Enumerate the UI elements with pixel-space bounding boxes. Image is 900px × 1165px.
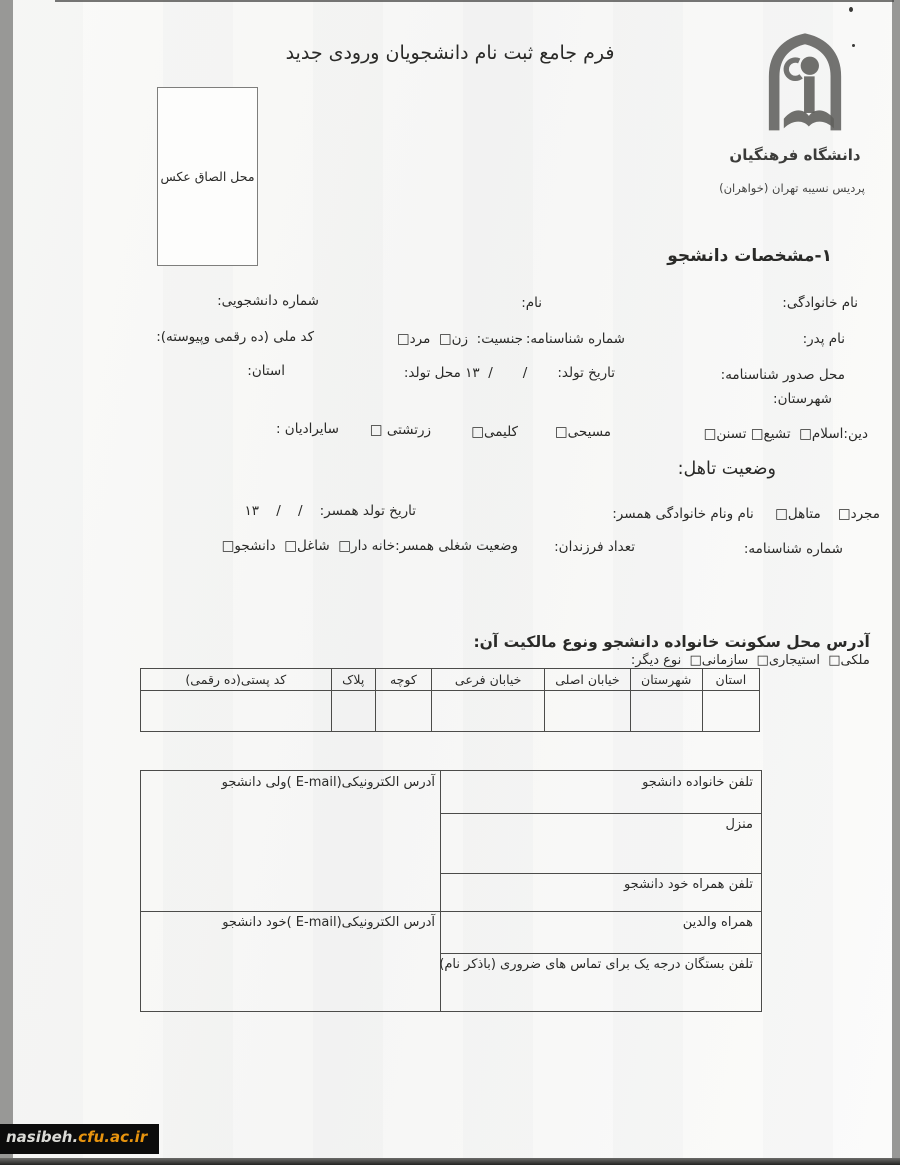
marital-header: وضعیت تاهل: [678, 459, 776, 481]
county-label: شهرستان: [773, 391, 832, 408]
cell-alley [375, 691, 431, 732]
col-province: استان [702, 669, 759, 691]
cell-main-street [545, 691, 630, 732]
col-main-street: خیابان اصلی [545, 669, 630, 691]
address-header-bold: آدرس محل سکونت خانواده دانشجو ونوع مالکی… [473, 633, 869, 651]
first-name-label: نام: [521, 295, 542, 312]
religion-zoroastrian-checkbox: زرتشتی □ [370, 422, 431, 439]
cell-side-street [431, 691, 544, 732]
site-watermark: nasibeh.cfu.ac.ir [0, 1124, 159, 1154]
photo-placeholder-box: محل الصاق عکس [157, 87, 258, 266]
contact-row-divider [141, 911, 761, 912]
marital-status-checkboxes: مجرد□ متاهل□ نام ونام خانوادگی همسر: [612, 506, 880, 523]
student-mobile-label: تلفن همراه خود دانشجو [624, 877, 753, 892]
col-postal-code: کد پستی(ده رقمی) [141, 669, 332, 691]
col-alley: کوچه [375, 669, 431, 691]
cell-county [630, 691, 702, 732]
gender-checkboxes: جنسیت: زن□ مرد□ [397, 331, 523, 348]
cell-province [702, 691, 759, 732]
contact-table: تلفن خانواده دانشجو منزل تلفن همراه خود … [140, 770, 762, 1012]
last-name-label: نام خانوادگی: [782, 295, 858, 312]
col-plate: پلاک [331, 669, 375, 691]
scan-top-edge [55, 0, 894, 2]
contact-row-divider [440, 813, 761, 814]
birth-date-label: تاریخ تولد: / / ۱۳ محل تولد: [404, 365, 615, 382]
national-code-label: کد ملی (ده رقمی وپیوسته): [156, 329, 314, 346]
scan-bottom-edge [0, 1158, 900, 1165]
father-name-label: نام پدر: [803, 331, 845, 348]
address-table-empty-row [141, 691, 760, 732]
address-table-header-row: استان شهرستان خیابان اصلی خیابان فرعی کو… [141, 669, 760, 691]
spouse-birth-date-label: تاریخ تولد همسر: / / ۱۳ [245, 503, 416, 520]
university-name: دانشگاه فرهنگیان [715, 146, 875, 164]
parents-mobile-label: همراه والدین [683, 915, 753, 930]
religion-christian-checkbox: مسیحی□ [555, 424, 611, 441]
contact-row-divider [440, 953, 761, 954]
relatives-phone-label: تلفن بستگان درجه یک برای تماس های ضروری … [439, 957, 753, 972]
religion-checkboxes: دین:اسلام□ تشیع□ تسنن□ [704, 426, 868, 443]
watermark-domain: cfu.ac.ir [78, 1128, 147, 1146]
student-number-label: شماره دانشجویی: [217, 293, 319, 310]
col-side-street: خیابان فرعی [431, 669, 544, 691]
id-number-label: شماره شناسنامه: [526, 331, 625, 348]
religion-jewish-checkbox: کلیمی□ [471, 424, 518, 441]
cell-plate [331, 691, 375, 732]
id-issue-place-label: محل صدور شناسنامه: [721, 367, 845, 384]
scanned-registration-form: دانشگاه فرهنگیان پردیس نسیبه تهران (خواه… [0, 0, 900, 1165]
section1-header: ۱-مشخصات دانشجو [667, 246, 832, 267]
photo-placeholder-label: محل الصاق عکس [160, 169, 254, 184]
cell-postal-code [141, 691, 332, 732]
children-count-label: تعداد فرزندان: [554, 539, 635, 556]
contact-table-divider [440, 771, 441, 1011]
col-county: شهرستان [630, 669, 702, 691]
province-label: استان: [247, 363, 285, 380]
religion-other-label: سایرادیان : [276, 421, 339, 438]
watermark-prefix: nasibeh. [6, 1128, 78, 1146]
home-phone-label: منزل [725, 817, 753, 832]
scan-speck [849, 7, 853, 12]
form-title: فرم جامع ثبت نام دانشجویان ورودی جدید [215, 42, 685, 66]
contact-row-divider [440, 873, 761, 874]
address-table: استان شهرستان خیابان اصلی خیابان فرعی کو… [140, 668, 760, 732]
student-email-label: آدرس الکترونیکی(E-mail )خود دانشجو [147, 915, 435, 930]
guardian-email-label: آدرس الکترونیکی(E-mail )ولی دانشجو [147, 775, 435, 790]
campus-name: پردیس نسیبه تهران (خواهران) [703, 181, 881, 195]
university-logo-icon [752, 28, 858, 144]
spouse-job-checkboxes: وضعیت شغلی همسر:خانه دار□ شاغل□ دانشجو□ [222, 538, 518, 555]
family-phone-label: تلفن خانواده دانشجو [642, 775, 753, 790]
ownership-checkboxes: ملکی□ استیجاری□ سازمانی□ نوع دیگر: [631, 653, 870, 668]
spouse-id-number-label: شماره شناسنامه: [744, 541, 843, 558]
